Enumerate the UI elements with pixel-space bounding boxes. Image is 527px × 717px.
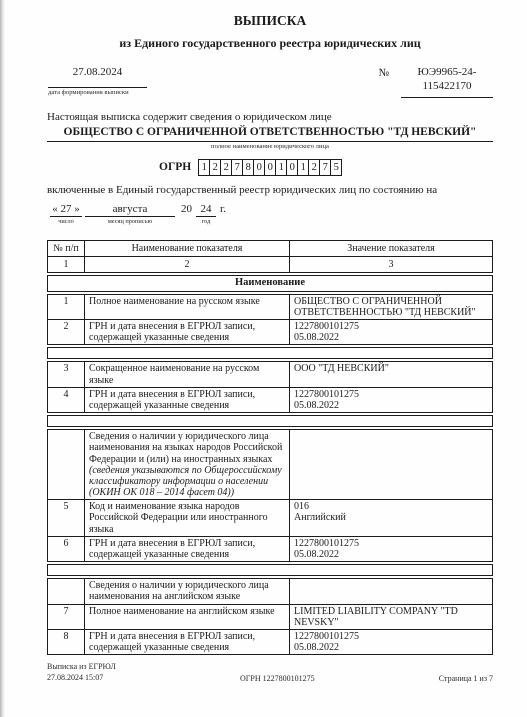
footer-doc-type: Выписка из ЕГРЮЛ (47, 662, 116, 672)
column-number-3: 3 (290, 257, 492, 272)
row-value-cell: 122780010127505.08.2022 (290, 630, 492, 654)
row-value-line: 1227800101275 (294, 389, 488, 400)
table-block: 3Сокращенное наименование на русском язы… (47, 361, 493, 413)
row-value-line: 05.08.2022 (294, 549, 488, 560)
table-separator-row (47, 564, 493, 576)
date-day-block: « 27 » число (50, 203, 82, 225)
column-number-row: 1 2 3 (48, 256, 492, 272)
extract-date-block: 27.08.2024 дата формирования выписки (48, 66, 147, 96)
table-blocks: 1Полное наименование на русском языкеОБЩ… (47, 294, 493, 656)
document-page: ВЫПИСКА из Единого государственного реес… (0, 0, 527, 717)
row-name-cell: Код и наименование языка народов Российс… (85, 500, 290, 536)
section-title-row: Наименование (48, 276, 492, 291)
row-name-text: ГРН и дата внесения в ЕГРЮЛ записи, соде… (89, 389, 285, 411)
date-year: 24 (196, 203, 216, 217)
date-month-label: месяц прописью (85, 218, 175, 225)
row-name-text: ГРН и дата внесения в ЕГРЮЛ записи, соде… (89, 321, 285, 343)
row-name-text: Код и наименование языка народов Российс… (89, 501, 285, 535)
extract-number: ЮЭ9965-24- 115422170 (401, 66, 493, 98)
row-name-cell: Сведения о наличии у юридического лица н… (85, 430, 290, 499)
row-value-line: 016 (294, 501, 488, 512)
results-table: № п/п Наименование показателя Значение п… (47, 240, 493, 656)
table-header-row: № п/п Наименование показателя Значение п… (48, 241, 492, 256)
row-name-text: ГРН и дата внесения в ЕГРЮЛ записи, соде… (89, 538, 285, 560)
table-row: 8ГРН и дата внесения в ЕГРЮЛ записи, сод… (48, 629, 492, 654)
row-value-line: 1227800101275 (294, 321, 488, 332)
row-number-cell: 3 (48, 362, 85, 386)
row-number-cell: 5 (48, 500, 85, 536)
row-name-cell: Сведения о наличии у юридического лица н… (85, 579, 290, 603)
row-value-line: 05.08.2022 (294, 642, 488, 653)
section-title-block: Наименование (47, 275, 493, 292)
document-subtitle: из Единого государственного реестра юрид… (47, 36, 493, 51)
row-value-cell: 122780010127505.08.2022 (290, 537, 492, 561)
row-value-cell: 016Английский (290, 500, 492, 536)
row-number-cell: 6 (48, 537, 85, 561)
document-content: ВЫПИСКА из Единого государственного реес… (47, 0, 493, 683)
row-number-cell: 4 (48, 388, 85, 412)
extract-number-line1: ЮЭ9965-24- (401, 66, 493, 80)
row-number-cell (48, 430, 85, 499)
row-name-cell: ГРН и дата внесения в ЕГРЮЛ записи, соде… (85, 537, 290, 561)
row-value-cell: LIMITED LIABILITY COMPANY "TD NEVSKY" (290, 605, 492, 629)
row-value-cell: ОБЩЕСТВО С ОГРАНИЧЕННОЙ ОТВЕТСТВЕННОСТЬЮ… (290, 295, 492, 319)
date-year-label: год (196, 218, 216, 225)
row-name-cell: Сокращенное наименование на русском язык… (85, 362, 290, 386)
row-name-cell: ГРН и дата внесения в ЕГРЮЛ записи, соде… (85, 630, 290, 654)
table-header-block: № п/п Наименование показателя Значение п… (47, 240, 493, 273)
header-cell-num: № п/п (48, 241, 85, 256)
footer-doc-info: Выписка из ЕГРЮЛ 27.08.2024 15:07 (47, 662, 116, 683)
extract-date: 27.08.2024 (48, 66, 147, 88)
table-row: 5Код и наименование языка народов Россий… (48, 499, 492, 536)
date-year-block: 24 год (196, 203, 216, 225)
table-row: 2ГРН и дата внесения в ЕГРЮЛ записи, сод… (48, 319, 492, 344)
date-day-label: число (50, 218, 82, 225)
company-name: ОБЩЕСТВО С ОГРАНИЧЕННОЙ ОТВЕТСТВЕННОСТЬЮ… (47, 126, 493, 142)
company-name-label: полное наименование юридического лица (47, 143, 493, 150)
table-row: 3Сокращенное наименование на русском язы… (48, 362, 492, 386)
date-year-suffix: г. (220, 203, 226, 215)
row-name-cell: ГРН и дата внесения в ЕГРЮЛ записи, соде… (85, 320, 290, 344)
row-number-cell: 8 (48, 630, 85, 654)
row-value-line: Английский (294, 512, 488, 523)
row-number-cell: 7 (48, 605, 85, 629)
table-block: Сведения о наличии у юридического лица н… (47, 429, 493, 562)
table-row: 4ГРН и дата внесения в ЕГРЮЛ записи, сод… (48, 387, 492, 412)
included-line: включенные в Единый государственный реес… (47, 184, 493, 196)
ogrn-digit-box: 5 (330, 159, 342, 176)
row-name-cell: ГРН и дата внесения в ЕГРЮЛ записи, соде… (85, 388, 290, 412)
row-name-text: Сведения о наличии у юридического лица н… (89, 580, 285, 602)
date-month: августа (85, 203, 175, 217)
table-separator-row (47, 347, 493, 359)
ogrn-label: ОГРН (159, 161, 191, 173)
row-value-line: 05.08.2022 (294, 332, 488, 343)
row-name-text: Полное наименование на английском языке (89, 606, 285, 617)
footer-page-number: Страница 1 из 7 (439, 674, 493, 683)
date-fill-row: « 27 » число августа месяц прописью 20 2… (47, 203, 493, 225)
number-sign: № (379, 67, 390, 79)
table-row: Сведения о наличии у юридического лица н… (48, 579, 492, 603)
footer-datetime: 27.08.2024 15:07 (47, 673, 116, 683)
scan-left-edge (0, 0, 5, 717)
row-value-line: LIMITED LIABILITY COMPANY "TD NEVSKY" (294, 606, 488, 628)
row-value-line: 1227800101275 (294, 538, 488, 549)
table-block: 1Полное наименование на русском языкеОБЩ… (47, 294, 493, 346)
table-row: 7Полное наименование на английском языке… (48, 604, 492, 629)
footer-ogrn: ОГРН 1227800101275 (240, 674, 315, 683)
row-number-cell: 2 (48, 320, 85, 344)
row-number-cell (48, 579, 85, 603)
row-name-text: ГРН и дата внесения в ЕГРЮЛ записи, соде… (89, 631, 285, 653)
date-day: « 27 » (50, 203, 82, 217)
row-number-cell: 1 (48, 295, 85, 319)
extract-number-block: № ЮЭ9965-24- 115422170 (379, 66, 494, 98)
row-value-line: ООО "ТД НЕВСКИЙ" (294, 363, 488, 374)
extract-number-line2: 115422170 (401, 80, 493, 94)
document-title: ВЫПИСКА (47, 13, 493, 29)
page-footer: Выписка из ЕГРЮЛ 27.08.2024 15:07 ОГРН 1… (47, 662, 493, 683)
header-cell-value: Значение показателя (290, 241, 492, 256)
table-block: Сведения о наличии у юридического лица н… (47, 578, 493, 655)
header-cell-name: Наименование показателя (85, 241, 290, 256)
date-month-block: августа месяц прописью (85, 203, 175, 225)
row-value-cell: ООО "ТД НЕВСКИЙ" (290, 362, 492, 386)
row-name-cell: Полное наименование на русском языке (85, 295, 290, 319)
column-number-2: 2 (85, 257, 290, 272)
row-name-note: (сведения указываются по Общероссийскому… (89, 465, 285, 499)
extract-date-label: дата формирования выписки (48, 89, 147, 96)
row-name-cell: Полное наименование на английском языке (85, 605, 290, 629)
row-value-line: 1227800101275 (294, 631, 488, 642)
intro-line: Настоящая выписка содержит сведения о юр… (47, 111, 493, 123)
table-row: 6ГРН и дата внесения в ЕГРЮЛ записи, сод… (48, 536, 492, 561)
row-value-line: 05.08.2022 (294, 400, 488, 411)
row-value-cell: 122780010127505.08.2022 (290, 388, 492, 412)
table-separator-row (47, 415, 493, 427)
ogrn-row: ОГРН 1 2 2 7 8 0 0 1 0 1 2 7 5 (159, 159, 493, 176)
row-value-cell (290, 430, 492, 499)
row-value-cell (290, 579, 492, 603)
table-row: Сведения о наличии у юридического лица н… (48, 430, 492, 499)
row-value-line: ОБЩЕСТВО С ОГРАНИЧЕННОЙ ОТВЕТСТВЕННОСТЬЮ… (294, 296, 488, 318)
meta-row: 27.08.2024 дата формирования выписки № Ю… (47, 66, 493, 98)
row-name-text: Сокращенное наименование на русском язык… (89, 363, 285, 385)
table-row: 1Полное наименование на русском языкеОБЩ… (48, 295, 492, 319)
column-number-1: 1 (48, 257, 85, 272)
row-name-text: Сведения о наличии у юридического лица н… (89, 431, 285, 465)
row-value-cell: 122780010127505.08.2022 (290, 320, 492, 344)
row-name-text: Полное наименование на русском языке (89, 296, 285, 307)
ogrn-digit-boxes: 1 2 2 7 8 0 0 1 0 1 2 7 5 (198, 159, 342, 176)
date-century: 20 (181, 203, 192, 215)
